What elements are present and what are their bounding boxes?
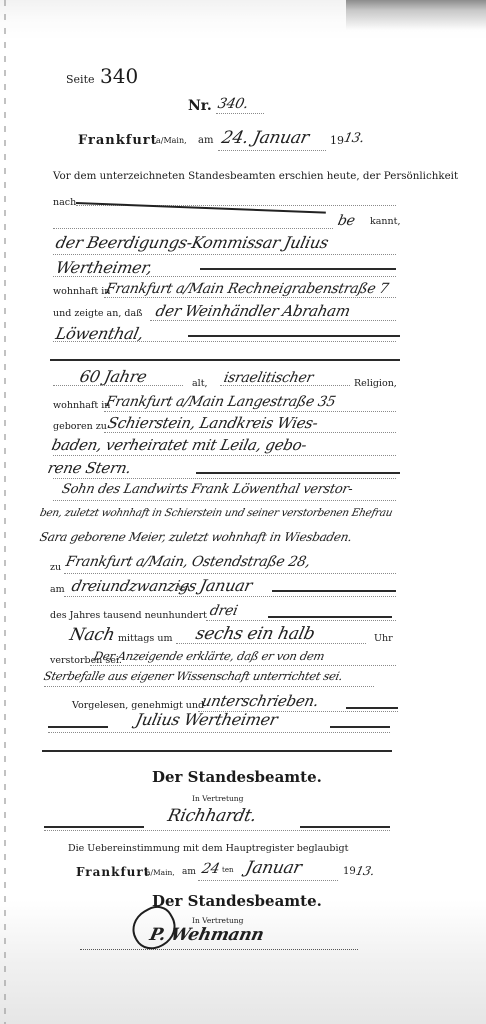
declarant-residence: Frankfurt a/Main Rechneigrabenstraße 7 <box>104 281 389 297</box>
cert-place-suffix: a/Main, <box>146 868 175 877</box>
cert-day-suffix: ten <box>222 866 233 874</box>
known-hand: be <box>336 213 356 229</box>
page-edge <box>4 0 6 1024</box>
born-3: rene Stern. <box>46 459 133 477</box>
cert-official-signature: P. Wehmann <box>148 925 266 945</box>
scan-shadow <box>346 0 486 30</box>
cert-year-prefix: 19 <box>343 866 356 877</box>
cert-official-title: Der Standesbeamte. <box>152 892 322 910</box>
entry-number: 340. <box>216 96 249 112</box>
declarant-residence-label: wohnhaft in <box>53 286 110 297</box>
place-suffix: a/Main, <box>156 136 187 145</box>
cert-day: 24 <box>200 861 221 877</box>
page-number: 340 <box>100 64 138 88</box>
age-label: alt, <box>192 378 208 389</box>
death-day-label: am <box>50 584 65 595</box>
parents-3: Sara geborene Meier, zuletzt wohnhaft in… <box>39 530 354 544</box>
death-month: Januar <box>198 576 254 595</box>
death-place: Frankfurt a/Main, Ostendstraße 28, <box>64 554 311 570</box>
religion-label: Religion, <box>354 378 397 389</box>
nach-label: nach <box>53 197 76 208</box>
place-printed: Frankfurt <box>78 133 158 148</box>
declarant-signature: Julius Wertheimer <box>134 710 279 729</box>
cert-year-suffix: 13. <box>355 864 376 878</box>
cert-date-prefix: am <box>182 867 196 877</box>
cert-place: Frankfurt <box>76 865 150 879</box>
page-label: Seite <box>66 73 95 86</box>
deputy-label: In Vertretung <box>192 794 243 803</box>
intro-line: Vor dem unterzeichneten Standesbeamten e… <box>53 170 458 182</box>
born-1: Schierstein, Landkreis Wies- <box>106 414 319 432</box>
age-hand: 60 Jahre <box>78 367 148 386</box>
deceased-residence-label: wohnhaft in <box>53 400 110 411</box>
parents-2: ben, zuletzt wohnhaft in Schierstein und… <box>39 507 394 519</box>
cert-deputy-label: In Vertretung <box>192 916 243 925</box>
death-place-label: zu <box>50 562 61 573</box>
declarant-name-2: Wertheimer, <box>54 258 154 277</box>
cert-month: Januar <box>244 858 304 878</box>
official-title: Der Standesbeamte. <box>152 768 322 786</box>
death-year-label: des Jahres tausend neunhundert <box>50 610 207 621</box>
death-year: drei <box>208 603 239 619</box>
note-1: Der Anzeigende erklärte, daß er von dem <box>93 649 326 663</box>
official-signature: Richhardt. <box>166 806 258 826</box>
deceased-residence: Frankfurt a/Main Langestraße 35 <box>104 394 337 410</box>
read-hand: unterschrieben. <box>200 692 320 710</box>
death-time-suffix: Uhr <box>374 633 393 644</box>
reported-label: und zeigte an, daß <box>53 308 142 319</box>
certification-line: Die Uebereinstimmung mit dem Hauptregist… <box>68 843 348 854</box>
death-time-prefix: Nach <box>68 625 117 645</box>
born-2: baden, verheiratet mit Leila, gebo- <box>50 436 308 454</box>
declarant-name-1: der Beerdigungs-Kommissar Julius <box>54 233 330 252</box>
document-page: Seite 340 Nr. 340. Frankfurt a/Main, am … <box>0 0 486 1024</box>
year-suffix: 13. <box>342 131 365 146</box>
date-prefix: am <box>198 135 213 146</box>
death-time-label: mittags um <box>118 633 172 644</box>
born-label: geboren zu <box>53 421 107 432</box>
entry-label: Nr. <box>188 98 212 114</box>
death-time: sechs ein halb <box>194 624 317 644</box>
death-day-suffix: ten <box>178 584 189 592</box>
religion-hand: israelitischer <box>222 370 314 386</box>
date-handwritten: 24. Januar <box>220 128 311 148</box>
note-2: Sterbefalle aus eigener Wissenschaft unt… <box>43 669 344 683</box>
known-label: kannt, <box>370 216 401 227</box>
strike-line <box>76 202 326 214</box>
reported-name-1: der Weinhändler Abraham <box>154 302 352 320</box>
parents-1: Sohn des Landwirts Frank Löwenthal verst… <box>60 482 354 497</box>
